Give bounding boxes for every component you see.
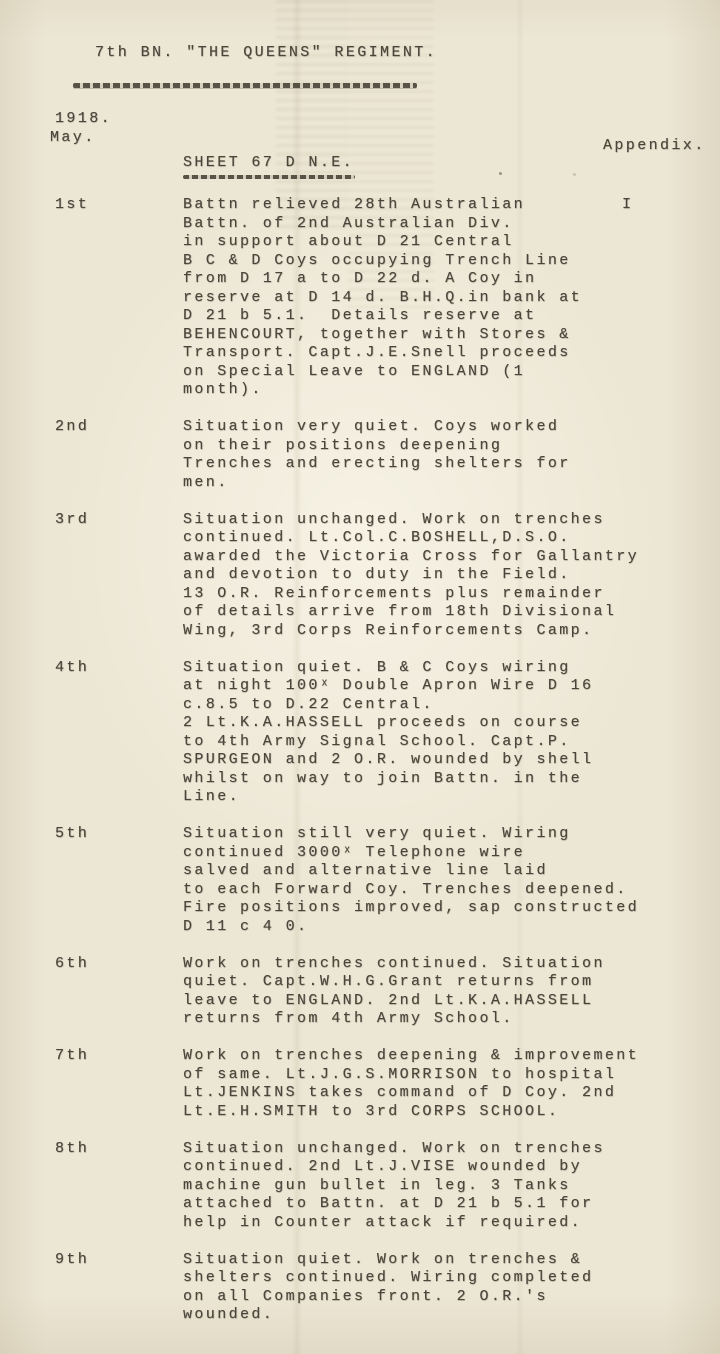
entry-line: Situation quiet. Work on trenches &: [183, 1251, 622, 1270]
entry-line: men.: [183, 474, 622, 493]
entry-line: on their positions deepening: [183, 437, 622, 456]
entry-date: 2nd: [55, 418, 183, 437]
diary-entry: 1st Battn relieved 28th AustralianBattn.…: [55, 196, 720, 400]
entry-date: 8th: [55, 1140, 183, 1159]
entry-body: Situation quiet. B & C Coys wiringat nig…: [183, 659, 622, 807]
sheet-heading: SHEET 67 D N.E.: [183, 154, 354, 173]
entry-line: continued 3000ˣ Telephone wire: [183, 844, 639, 863]
entry-body: Situation quiet. Work on trenches &shelt…: [183, 1251, 622, 1325]
entry-date: 9th: [55, 1251, 183, 1270]
year-label: 1918.: [55, 110, 112, 129]
entry-line: and devotion to duty in the Field.: [183, 566, 639, 585]
entry-line: Situation unchanged. Work on trenches: [183, 511, 639, 530]
entry-line: returns from 4th Army School.: [183, 1010, 622, 1029]
diary-entry: 6th Work on trenches continued. Situatio…: [55, 955, 720, 1029]
entry-line: SPURGEON and 2 O.R. wounded by shell: [183, 751, 622, 770]
entry-body: Situation still very quiet. Wiringcontin…: [183, 825, 639, 936]
entry-line: Transport. Capt.J.E.Snell proceeds: [183, 344, 622, 363]
entry-line: Situation unchanged. Work on trenches: [183, 1140, 622, 1159]
entry-line: continued. Lt.Col.C.BOSHELL,D.S.O.: [183, 529, 639, 548]
entry-body: Situation unchanged. Work on trenchescon…: [183, 511, 639, 641]
entry-line: machine gun bullet in leg. 3 Tanks: [183, 1177, 622, 1196]
entry-line: month).: [183, 381, 622, 400]
entry-body: Work on trenches deepening & improvement…: [183, 1047, 639, 1121]
diary-entry: 5th Situation still very quiet. Wiringco…: [55, 825, 720, 936]
entry-line: attached to Battn. at D 21 b 5.1 for: [183, 1195, 622, 1214]
entry-line: Situation still very quiet. Wiring: [183, 825, 639, 844]
entry-line: from D 17 a to D 22 d. A Coy in: [183, 270, 622, 289]
diary-entry: 4th Situation quiet. B & C Coys wiringat…: [55, 659, 720, 807]
entry-line: help in Counter attack if required.: [183, 1214, 622, 1233]
month-label: May.: [50, 129, 96, 148]
entry-line: quiet. Capt.W.H.G.Grant returns from: [183, 973, 622, 992]
entry-line: in support about D 21 Central: [183, 233, 622, 252]
entry-body: Battn relieved 28th AustralianBattn. of …: [183, 196, 622, 400]
entry-date: 3rd: [55, 511, 183, 530]
entry-line: Trenches and erecting shelters for: [183, 455, 622, 474]
entry-line: whilst on way to join Battn. in the: [183, 770, 622, 789]
sheet-heading-underline: [183, 175, 355, 179]
entry-line: B C & D Coys occupying Trench Line: [183, 252, 622, 271]
diary-entry: 8th Situation unchanged. Work on trenche…: [55, 1140, 720, 1233]
entry-date: 6th: [55, 955, 183, 974]
entry-line: Fire positions improved, sap constructed: [183, 899, 639, 918]
diary-entry: 2nd Situation very quiet. Coys workedon …: [55, 418, 720, 492]
entry-line: wounded.: [183, 1306, 622, 1325]
entry-body: Situation unchanged. Work on trenchescon…: [183, 1140, 622, 1233]
page-title: 7th BN. "THE QUEENS" REGIMENT.: [95, 44, 437, 63]
entry-line: Battn relieved 28th Australian: [183, 196, 622, 215]
entry-line: leave to ENGLAND. 2nd Lt.K.A.HASSELL: [183, 992, 622, 1011]
entry-date: 5th: [55, 825, 183, 844]
entry-line: awarded the Victoria Cross for Gallantry: [183, 548, 639, 567]
entry-line: continued. 2nd Lt.J.VISE wounded by: [183, 1158, 622, 1177]
appendix-column-header: Appendix.: [603, 137, 706, 156]
entry-body: Work on trenches continued. Situationqui…: [183, 955, 622, 1029]
entry-date: 7th: [55, 1047, 183, 1066]
entry-line: reserve at D 14 d. B.H.Q.in bank at: [183, 289, 622, 308]
entry-line: salved and alternative line laid: [183, 862, 639, 881]
diary-entry: 7th Work on trenches deepening & improve…: [55, 1047, 720, 1121]
entry-line: Situation very quiet. Coys worked: [183, 418, 622, 437]
entry-line: Lt.JENKINS takes command of D Coy. 2nd: [183, 1084, 639, 1103]
diary-entry: 3rd Situation unchanged. Work on trenche…: [55, 511, 720, 641]
entry-body: Situation very quiet. Coys workedon thei…: [183, 418, 622, 492]
entry-date: 1st: [55, 196, 183, 215]
entry-line: 13 O.R. Reinforcements plus remainder: [183, 585, 639, 604]
paper-speck: [499, 172, 502, 175]
title-underline: [73, 83, 417, 88]
entry-line: Situation quiet. B & C Coys wiring: [183, 659, 622, 678]
entry-line: Battn. of 2nd Australian Div.: [183, 215, 622, 234]
entry-line: Work on trenches deepening & improvement: [183, 1047, 639, 1066]
entry-line: on Special Leave to ENGLAND (1: [183, 363, 622, 382]
entry-line: D 21 b 5.1. Details reserve at: [183, 307, 622, 326]
paper-speck: [573, 173, 576, 176]
entry-line: Wing, 3rd Corps Reinforcements Camp.: [183, 622, 639, 641]
entry-line: to 4th Army Signal School. Capt.P.: [183, 733, 622, 752]
entry-line: Lt.E.H.SMITH to 3rd CORPS SCHOOL.: [183, 1103, 639, 1122]
entry-line: of details arrive from 18th Divisional: [183, 603, 639, 622]
entry-line: D 11 c 4 0.: [183, 918, 639, 937]
entry-line: shelters continued. Wiring completed: [183, 1269, 622, 1288]
entry-line: on all Companies front. 2 O.R.'s: [183, 1288, 622, 1307]
entry-line: at night 100ˣ Double Apron Wire D 16: [183, 677, 622, 696]
entry-appendix-ref: I: [622, 196, 633, 215]
entry-line: 2 Lt.K.A.HASSELL proceeds on course: [183, 714, 622, 733]
diary-entries: 1st Battn relieved 28th AustralianBattn.…: [0, 196, 720, 1343]
entry-line: c.8.5 to D.22 Central.: [183, 696, 622, 715]
diary-entry: 9th Situation quiet. Work on trenches &s…: [55, 1251, 720, 1325]
entry-line: Line.: [183, 788, 622, 807]
entry-date: 4th: [55, 659, 183, 678]
entry-line: Work on trenches continued. Situation: [183, 955, 622, 974]
entry-line: to each Forward Coy. Trenches deepened.: [183, 881, 639, 900]
scanned-document-page: 7th BN. "THE QUEENS" REGIMENT. 1918. May…: [0, 0, 720, 1354]
entry-line: of same. Lt.J.G.S.MORRISON to hospital: [183, 1066, 639, 1085]
entry-line: BEHENCOURT, together with Stores &: [183, 326, 622, 345]
